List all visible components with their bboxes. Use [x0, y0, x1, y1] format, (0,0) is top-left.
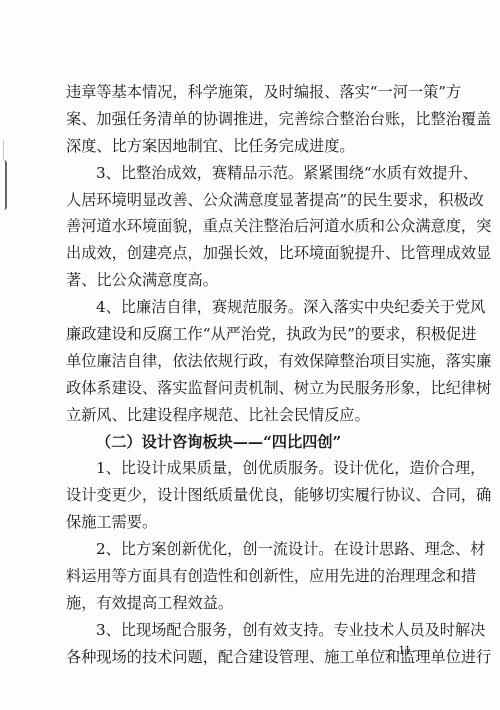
text-line: 4、比廉洁自律，赛规范服务。深入落实中央纪委关于党风 — [66, 294, 438, 321]
binding-mark — [0, 140, 4, 160]
text-line: 3、比现场配合服务，创有效支持。专业技术人员及时解决 — [66, 617, 438, 644]
text-line: 出成效，创建亮点，加强长效，比环境面貌提升、比管理成效显 — [66, 240, 438, 267]
text-line: 案、加强任务清单的协调推进，完善综合整治台账，比整治覆盖 — [66, 106, 438, 133]
text-line: 善河道水环境面貌，重点关注整治后河道水质和公众满意度，突 — [66, 213, 438, 240]
binding-mark — [0, 160, 7, 210]
text-line: 设计变更少，设计图纸质量优良，能够切实履行协议、合同，确 — [66, 482, 438, 509]
text-line: 著、比公众满意度高。 — [66, 267, 438, 294]
document-page: 违章等基本情况，科学施策，及时编报、落实“一河一策”方案、加强任务清单的协调推进… — [0, 0, 500, 710]
body-text: 违章等基本情况，科学施策，及时编报、落实“一河一策”方案、加强任务清单的协调推进… — [66, 79, 438, 671]
text-line: 廉政建设和反腐工作“从严治党，执政为民”的要求，积极促进 — [66, 321, 438, 348]
page-number: — 11 — — [382, 642, 427, 658]
text-line: 立新风、比建设程序规范、比社会民情反应。 — [66, 402, 438, 429]
text-line: 3、比整治成效，赛精品示范。紧紧围绕“水质有效提升、 — [66, 160, 438, 187]
text-line: 政体系建设、落实监督问责机制、树立为民服务形象，比纪律树 — [66, 375, 438, 402]
text-line: 深度、比方案因地制宜、比任务完成进度。 — [66, 133, 438, 160]
text-line: 施，有效提高工程效益。 — [66, 590, 438, 617]
section-heading: （二）设计咨询板块——“四比四创” — [66, 429, 438, 456]
text-line: 2、比方案创新优化，创一流设计。在设计思路、理念、材 — [66, 536, 438, 563]
text-line: 违章等基本情况，科学施策，及时编报、落实“一河一策”方 — [66, 79, 438, 106]
text-line: 单位廉洁自律，依法依规行政，有效保障整治项目实施，落实廉 — [66, 348, 438, 375]
text-line: 料运用等方面具有创造性和创新性，应用先进的治理理念和措 — [66, 563, 438, 590]
text-line: 保施工需要。 — [66, 509, 438, 536]
text-line: 人居环境明显改善、公众满意度显著提高”的民生要求，积极改 — [66, 187, 438, 214]
text-line: 1、比设计成果质量，创优质服务。设计优化，造价合理， — [66, 455, 438, 482]
